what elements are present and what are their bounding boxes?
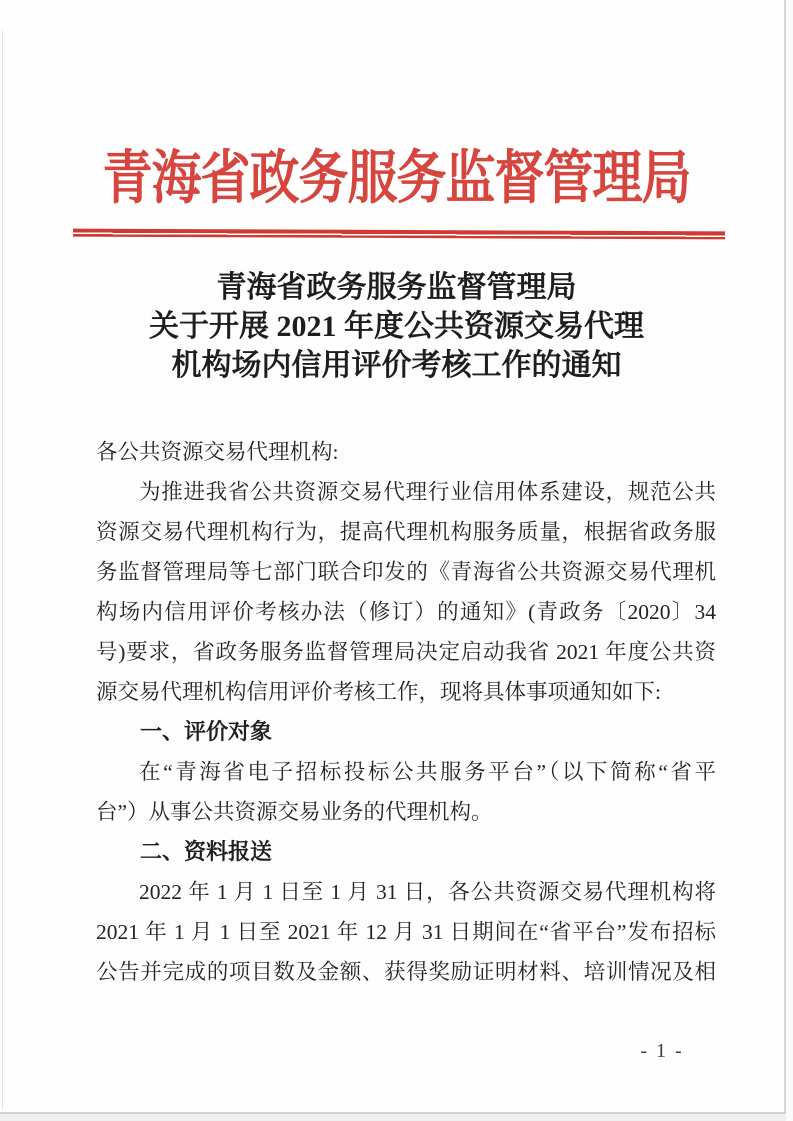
document-title: 青海省政务服务监督管理局 关于开展 2021 年度公共资源交易代理 机构场内信用…	[0, 268, 793, 385]
document-title-line-3: 机构场内信用评价考核工作的通知	[0, 346, 793, 385]
scanned-document-page: 青海省政务服务监督管理局 青海省政务服务监督管理局 关于开展 2021 年度公共…	[0, 0, 793, 1121]
body-line: 公告并完成的项目数及金额、获得奖励证明材料、培训情况及相	[96, 952, 716, 992]
body-line: 在“青海省电子招标投标公共服务平台”（以下简称“省平	[96, 752, 716, 792]
document-title-line-2: 关于开展 2021 年度公共资源交易代理	[0, 307, 793, 346]
body-line: 务监督管理局等七部门联合印发的《青海省公共资源交易代理机	[96, 552, 716, 592]
body-line: 资源交易代理机构行为，提高代理机构服务质量，根据省政务服	[96, 512, 716, 552]
body-line: 为推进我省公共资源交易代理行业信用体系建设，规范公共	[96, 472, 716, 512]
section-2-heading: 二、资料报送	[96, 832, 716, 872]
body-line: 台”）从事公共资源交易业务的代理机构。	[96, 792, 716, 832]
body-line: 构场内信用评价考核办法（修订）的通知》(青政务〔2020〕34	[96, 592, 716, 632]
letterhead-org-title: 青海省政务服务监督管理局	[0, 140, 793, 217]
page-number: - 1 -	[612, 1038, 712, 1064]
body-line: 2021 年 1 月 1 日至 2021 年 12 月 31 日期间在“省平台”…	[96, 912, 716, 952]
scan-outside-bottom	[0, 1114, 786, 1121]
body-line: 2022 年 1 月 1 日至 1 月 31 日，各公共资源交易代理机构将	[96, 872, 716, 912]
salutation-line: 各公共资源交易代理机构:	[96, 432, 716, 472]
body-line: 源交易代理机构信用评价考核工作，现将具体事项通知如下:	[96, 672, 716, 712]
document-title-line-1: 青海省政务服务监督管理局	[0, 268, 793, 307]
scan-edge-left	[2, 30, 3, 1110]
section-1-heading: 一、评价对象	[96, 712, 716, 752]
document-body: 各公共资源交易代理机构: 为推进我省公共资源交易代理行业信用体系建设，规范公共 …	[96, 432, 716, 992]
scan-outside-right	[786, 0, 793, 1121]
letterhead-red-divider	[73, 229, 725, 240]
body-line: 号)要求，省政务服务监督管理局决定启动我省 2021 年度公共资	[96, 632, 716, 672]
